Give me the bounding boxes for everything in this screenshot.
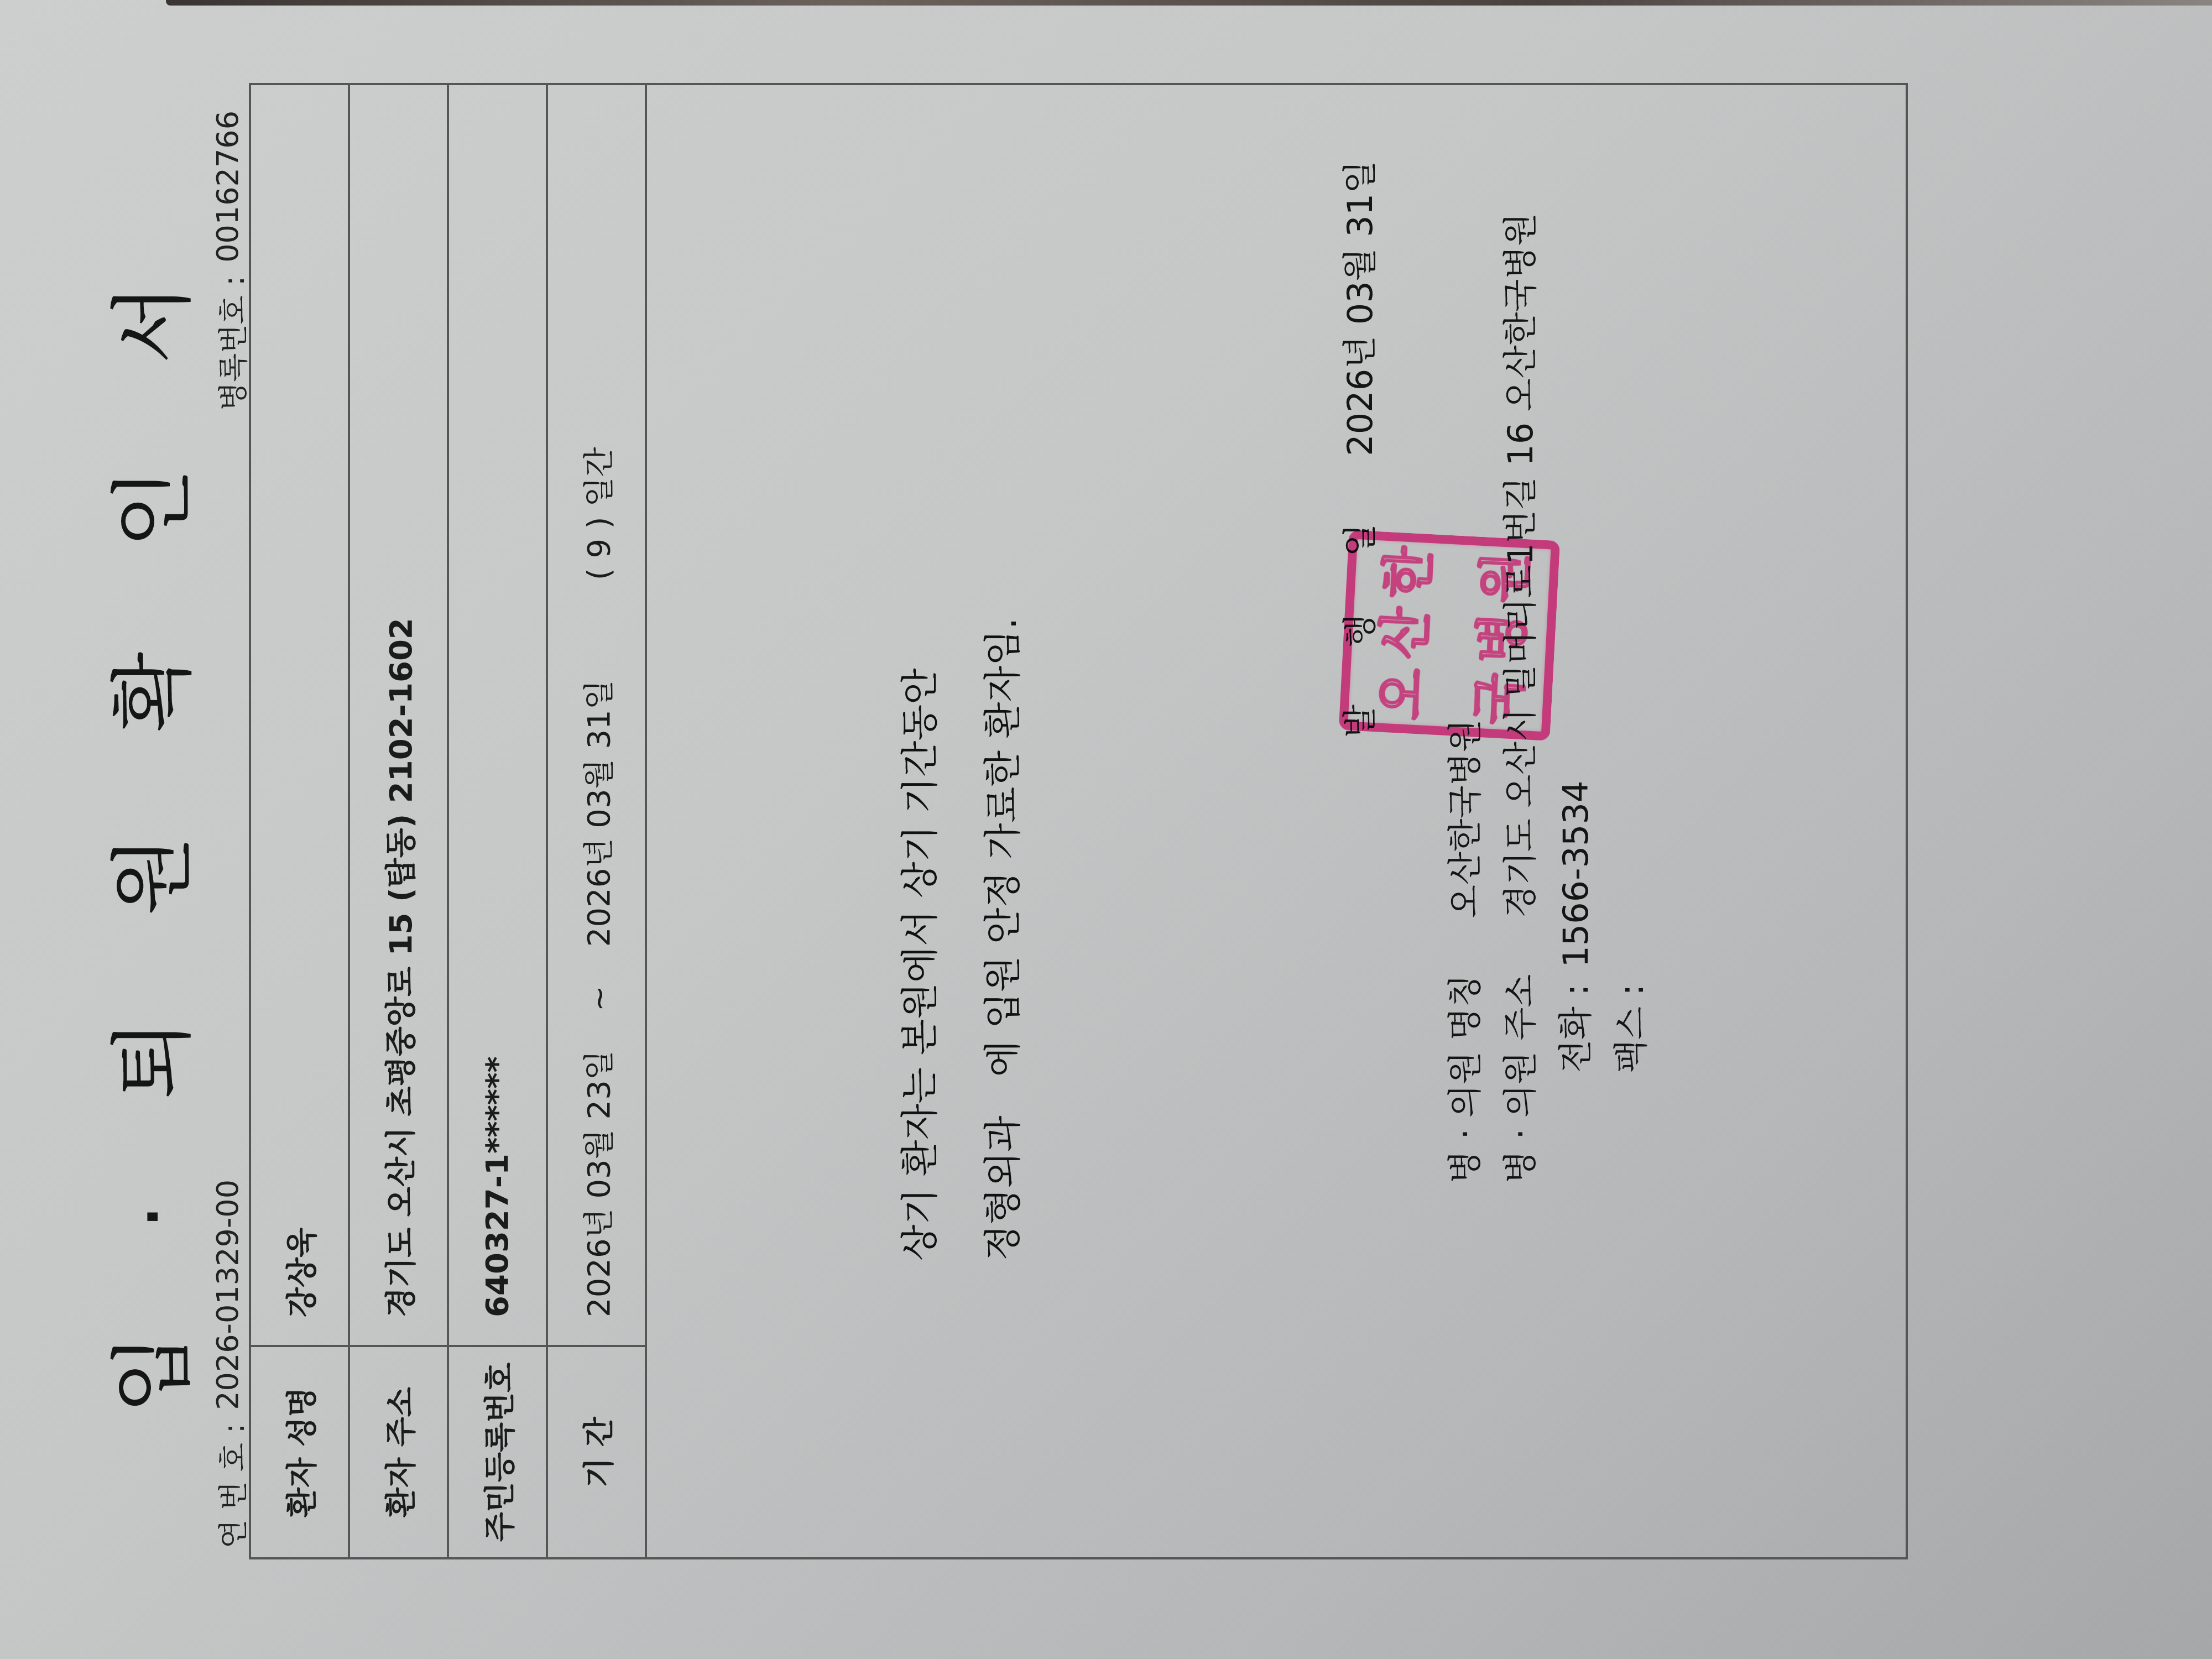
patient-address-value: 경기도 오산시 초평중앙로 15 (탑동) 2102-1602 — [349, 84, 448, 1346]
document-title: 입 · 퇴 원 확 인 서 — [86, 77, 205, 1582]
hospital-fax-row: 팩스 : — [1604, 213, 1659, 1183]
document-meta: 연 번 호 : 2026-01329-00 병록번호 : 00162766 — [210, 111, 253, 1548]
patient-address-label: 환자 주소 — [349, 1346, 448, 1558]
serial-number-value: 2026-01329-00 — [210, 1180, 253, 1410]
period-start: 2026년 03월 23일 — [575, 1050, 619, 1317]
hospital-info: 병 · 의원 명칭 오산한국병원 병 · 의원 주소 경기도 오산시 밀머리로1… — [1438, 213, 1659, 1183]
patient-name-label: 환자 성명 — [250, 1346, 349, 1558]
issue-date-value: 2026년 03월 31일 — [1333, 160, 1382, 456]
seal-char: 오 — [1359, 666, 1437, 721]
table-row: 기 간 2026년 03월 23일 ~ 2026년 03월 31일 ( 9 ) … — [547, 84, 646, 1558]
serial-number: 연 번 호 : 2026-01329-00 — [210, 1180, 253, 1548]
seal-char: 한 — [1365, 545, 1444, 600]
statement-line-1: 상기 환자는 본원에서 상기 기간동안 — [879, 77, 962, 1261]
hospital-name-label: 병 · 의원 명칭 — [1438, 935, 1493, 1183]
hospital-address-label: 병 · 의원 주소 — [1493, 935, 1548, 1183]
period-value: 2026년 03월 23일 ~ 2026년 03월 31일 ( 9 ) 일간 — [547, 84, 646, 1346]
statement-line-2: 정형외과에 입원 안정 가료한 환자임. — [962, 77, 1045, 1261]
period-end: 2026년 03월 31일 — [575, 680, 619, 947]
hospital-fax-label: 팩스 : — [1604, 984, 1659, 1073]
hospital-phone-value: 1566-3534 — [1548, 781, 1604, 968]
hospital-phone-label: 전화 : — [1548, 984, 1604, 1073]
certification-statement: 상기 환자는 본원에서 상기 기간동안 정형외과에 입원 안정 가료한 환자임. — [879, 77, 1045, 1582]
period-label: 기 간 — [547, 1346, 646, 1558]
resident-number-value: 640327-1****** — [448, 84, 547, 1346]
hospital-name-row: 병 · 의원 명칭 오산한국병원 — [1438, 213, 1493, 1183]
table-row: 주민등록번호 640327-1****** — [448, 84, 547, 1558]
table-row: 환자 성명 강상욱 — [250, 84, 349, 1558]
resident-number-label: 주민등록번호 — [448, 1346, 547, 1558]
hospital-address-value: 경기도 오산시 밀머리로1번길 16 오산한국병원 — [1493, 213, 1548, 918]
record-number-label: 병록번호 : — [210, 276, 253, 411]
period-separator: ~ — [581, 985, 617, 1011]
hospital-phone-row: 전화 : 1566-3534 — [1548, 213, 1604, 1183]
table-row: 환자 주소 경기도 오산시 초평중앙로 15 (탑동) 2102-1602 — [349, 84, 448, 1558]
hospital-name-value: 오산한국병원 — [1438, 719, 1493, 918]
period-days: ( 9 ) 일간 — [575, 447, 619, 580]
patient-name-value: 강상욱 — [250, 84, 349, 1346]
background-object-strip — [166, 0, 2212, 6]
record-number-value: 00162766 — [210, 111, 253, 263]
seal-char: 산 — [1362, 606, 1441, 661]
hospital-address-row: 병 · 의원 주소 경기도 오산시 밀머리로1번길 16 오산한국병원 — [1493, 213, 1548, 1183]
department: 정형외과 — [982, 1115, 1025, 1261]
patient-info-table: 환자 성명 강상욱 환자 주소 경기도 오산시 초평중앙로 15 (탑동) 21… — [249, 83, 647, 1559]
admission-discharge-certificate: 입 · 퇴 원 확 인 서 연 번 호 : 2026-01329-00 병록번호… — [304, 77, 1908, 1582]
statement-line-2-rest: 에 입원 안정 가료한 환자임. — [982, 618, 1025, 1077]
record-number: 병록번호 : 00162766 — [210, 111, 253, 411]
serial-number-label: 연 번 호 : — [210, 1423, 253, 1548]
